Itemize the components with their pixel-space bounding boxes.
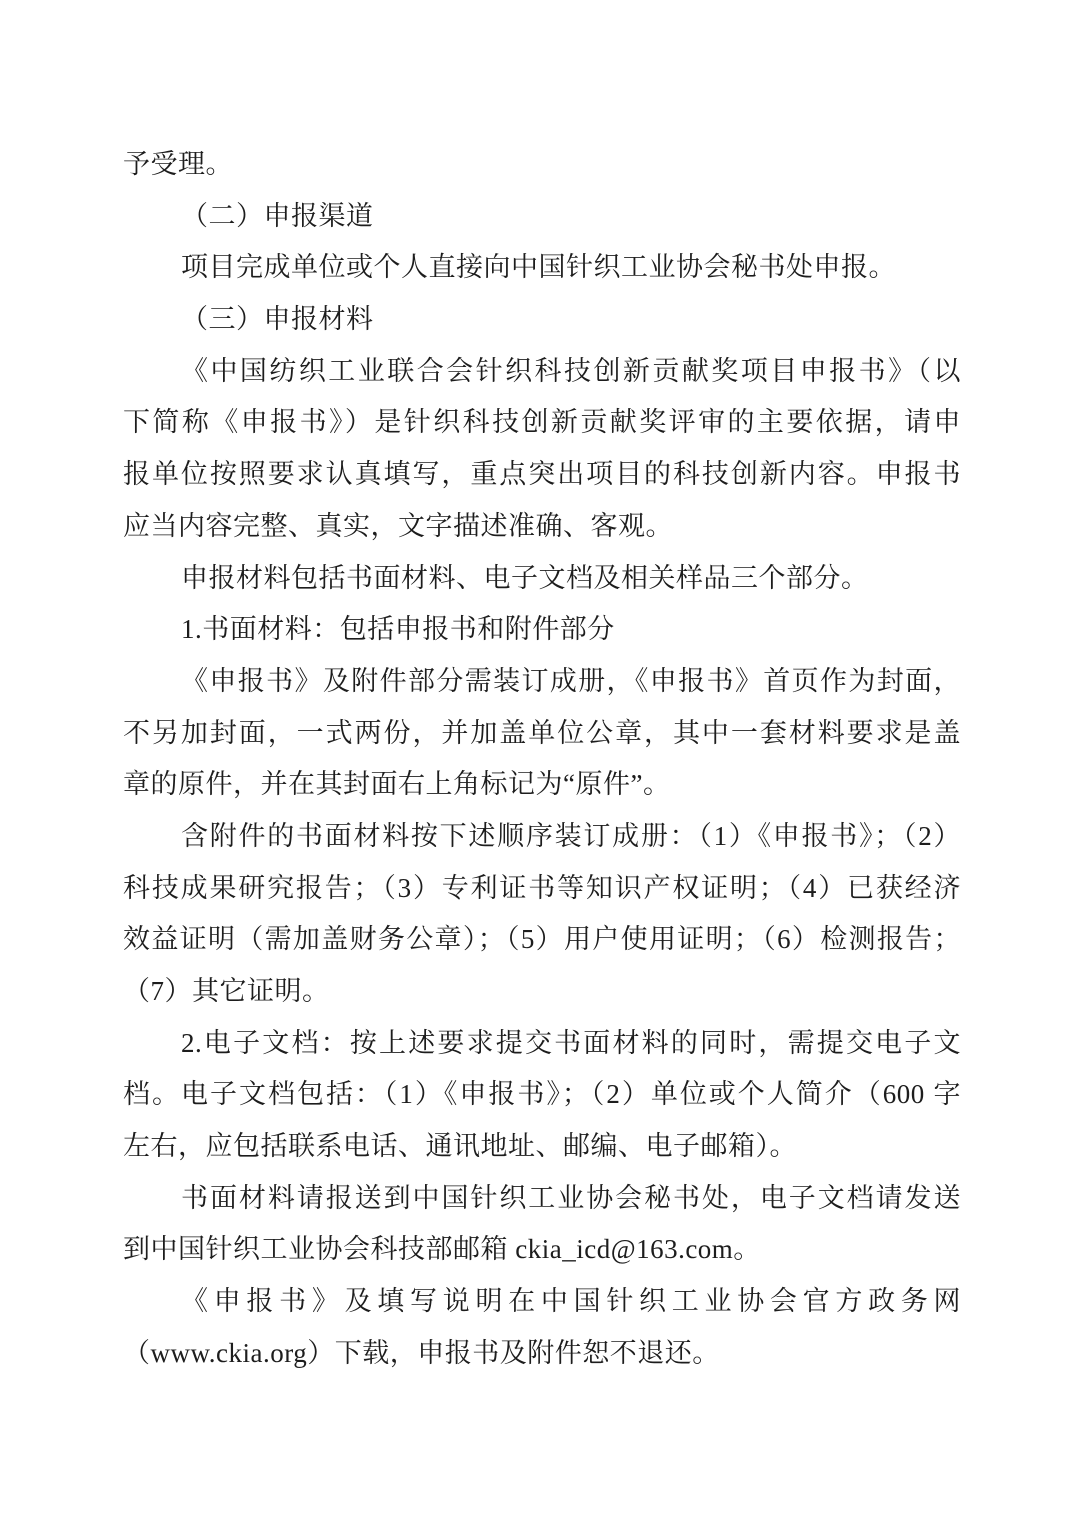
document-body: 予受理。（二）申报渠道项目完成单位或个人直接向中国针织工业协会秘书处申报。（三）… <box>123 139 961 1380</box>
text-line-18: 2.电子文档：按上述要求提交书面材料的同时，需提交电子文 <box>123 1018 961 1070</box>
text-line-21: 书面材料请报送到中国针织工业协会秘书处，电子文档请发送 <box>123 1173 961 1225</box>
text-line-9: 申报材料包括书面材料、电子文档及相关样品三个部分。 <box>123 553 961 605</box>
text-line-11: 《申报书》及附件部分需装订成册，《申报书》首页作为封面， <box>123 656 961 708</box>
text-line-7: 报单位按照要求认真填写，重点突出项目的科技创新内容。申报书 <box>123 449 961 501</box>
text-line-8: 应当内容完整、真实，文字描述准确、客观。 <box>123 501 961 553</box>
text-line-5: 《中国纺织工业联合会针织科技创新贡献奖项目申报书》（以 <box>123 346 961 398</box>
text-line-12: 不另加封面，一式两份，并加盖单位公章，其中一套材料要求是盖 <box>123 708 961 760</box>
text-line-6: 下简称《申报书》）是针织科技创新贡献奖评审的主要依据，请申 <box>123 397 961 449</box>
text-line-17: （7）其它证明。 <box>123 966 961 1018</box>
text-line-14: 含附件的书面材料按下述顺序装订成册：（1）《申报书》；（2） <box>123 811 961 863</box>
text-line-19: 档。电子文档包括：（1）《申报书》；（2）单位或个人简介（600 字 <box>123 1069 961 1121</box>
text-line-23: 《申报书》及填写说明在中国针织工业协会官方政务网 <box>123 1276 961 1328</box>
text-line-22: 到中国针织工业协会科技部邮箱 ckia_icd@163.com。 <box>123 1224 961 1276</box>
text-line-13: 章的原件，并在其封面右上角标记为“原件”。 <box>123 759 961 811</box>
text-line-4: （三）申报材料 <box>123 294 961 346</box>
text-line-20: 左右，应包括联系电话、通讯地址、邮编、电子邮箱）。 <box>123 1121 961 1173</box>
document-page: 予受理。（二）申报渠道项目完成单位或个人直接向中国针织工业协会秘书处申报。（三）… <box>0 0 1080 1527</box>
text-line-3: 项目完成单位或个人直接向中国针织工业协会秘书处申报。 <box>123 242 961 294</box>
text-line-1: 予受理。 <box>123 139 961 191</box>
text-line-24: （www.ckia.org）下载，申报书及附件恕不退还。 <box>123 1328 961 1380</box>
text-line-10: 1.书面材料：包括申报书和附件部分 <box>123 604 961 656</box>
text-line-15: 科技成果研究报告；（3）专利证书等知识产权证明；（4）已获经济 <box>123 863 961 915</box>
text-line-2: （二）申报渠道 <box>123 191 961 243</box>
text-line-16: 效益证明（需加盖财务公章）；（5）用户使用证明；（6）检测报告； <box>123 914 961 966</box>
